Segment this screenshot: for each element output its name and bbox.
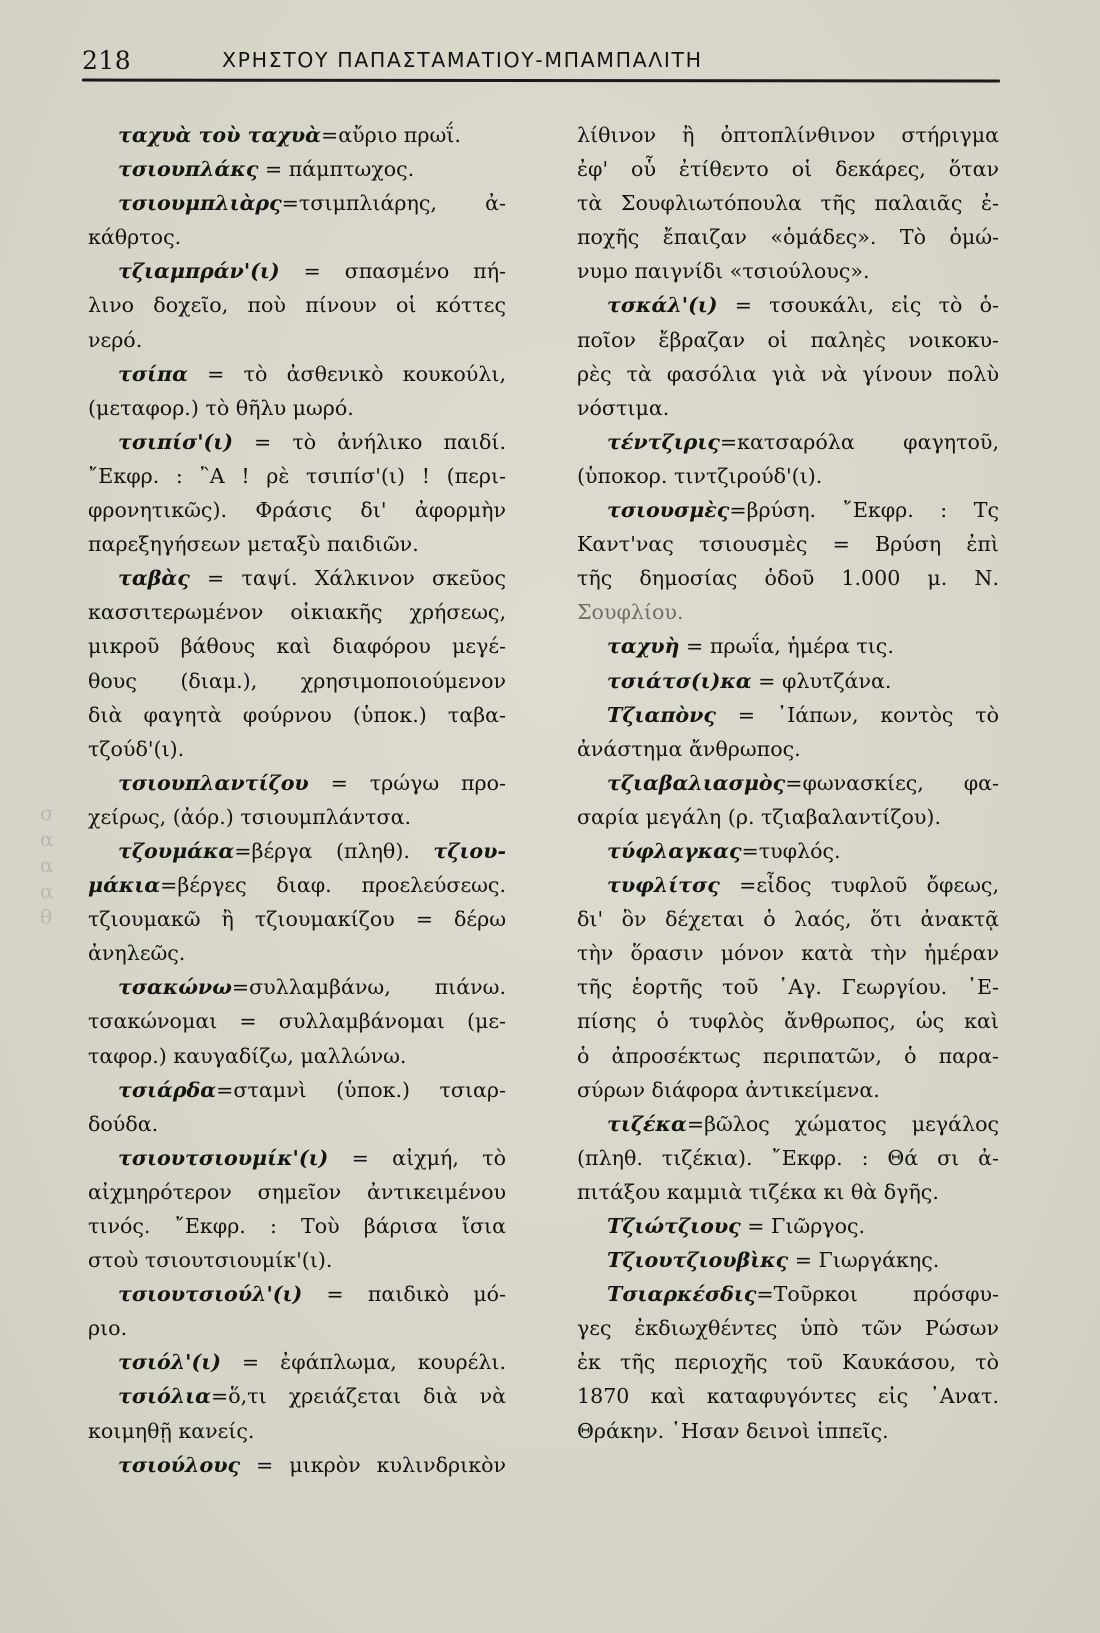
definition-text: = πάμπτωχος. bbox=[258, 157, 414, 181]
definition-text: ταφορ.) καυγαδίζω, μαλλώνω. bbox=[88, 1044, 406, 1068]
text-line: ταφορ.) καυγαδίζω, μαλλώνω. bbox=[88, 1039, 506, 1073]
text-line: πίσης ὁ τυφλὸς ἄνθρωπος, ὡς καὶ bbox=[577, 1004, 999, 1038]
text-line: τὴν ὅρασιν μόνον κατὰ τὴν ἡμέραν bbox=[577, 936, 999, 970]
dictionary-entry-line: τσκάλ'(ι) = τσουκάλι, εἰς τὸ ὁ- bbox=[577, 288, 999, 322]
text-line: παρεξηγήσεων μεταξὺ παιδιῶν. bbox=[88, 527, 506, 561]
headword: τζιου- bbox=[433, 839, 506, 863]
dictionary-entry-line: τύφλαγκας=τυφλός. bbox=[577, 834, 999, 868]
dictionary-entry-line: τσιουτσιουμίκ'(ι) = αἰχμή, τὸ bbox=[88, 1141, 506, 1175]
definition-text: ρὲς τὰ φασόλια γιὰ νὰ γίνουν πολὺ bbox=[577, 362, 999, 386]
definition-text: ἀνάστημα ἄνθρωπος. bbox=[577, 737, 801, 761]
text-line: τὰ Σουφλιωτόπουλα τῆς παλαιᾶς ἐ- bbox=[577, 186, 999, 220]
definition-text: =Τοῦρκοι πρόσφυ- bbox=[756, 1282, 999, 1306]
definition-text: λίθινον ἢ ὀπτοπλίνθινον στήριγμα bbox=[577, 123, 999, 147]
definition-text: 1870 καὶ καταφυγόντες εἰς ᾿Ανατ. bbox=[577, 1384, 999, 1408]
headword: ταχυὰ τοὺ ταχυὰ bbox=[118, 123, 321, 147]
dictionary-entry-line: τσιούλους = μικρὸν κυλινδρικὸν bbox=[88, 1448, 506, 1482]
definition-text: =τσιμπλιάρης, ἀ- bbox=[282, 191, 506, 215]
text-line: νερό. bbox=[88, 323, 506, 357]
definition-text: (μεταφορ.) τὸ θῆλυ μωρό. bbox=[88, 396, 354, 420]
headword: τσιάτσ(ι)κα bbox=[607, 669, 752, 693]
headword: τυφλίτσς bbox=[607, 873, 720, 897]
definition-text: = παιδικὸ μό- bbox=[302, 1282, 506, 1306]
definition-text: = ταψί. Χάλκινον σκεῦος bbox=[190, 566, 506, 590]
text-line: ποῖον ἔβραζαν οἱ παληὲς νοικοκυ- bbox=[577, 323, 999, 357]
headword: Τζιαπὸνς bbox=[607, 703, 716, 727]
definition-text: τζιουμακῶ ἢ τζιουμακίζου = δέρω bbox=[88, 907, 506, 931]
text-line: αἰχμηρότερον σημεῖον ἀντικειμένου bbox=[88, 1175, 506, 1209]
definition-text: νόστιμα. bbox=[577, 396, 669, 420]
dictionary-entry-line: τσιουμπλιὰρς=τσιμπλιάρης, ἀ- bbox=[88, 186, 506, 220]
text-line: ἐφ' οὗ ἐτίθεντο οἱ δεκάρες, ὅταν bbox=[577, 152, 999, 186]
definition-text: =εἶδος τυφλοῦ ὄφεως, bbox=[720, 873, 999, 897]
headword: τσακώνω bbox=[118, 975, 232, 999]
definition-text: τὴν ὅρασιν μόνον κατὰ τὴν ἡμέραν bbox=[577, 941, 999, 965]
definition-text: φρονητικῶς). Φράσις δι' ἀφορμὴν bbox=[88, 498, 506, 522]
text-line: πιτάξου καμμιὰ τιζέκα κι θὰ δγῆς. bbox=[577, 1175, 999, 1209]
definition-text: γες ἐκδιωχθέντες ὑπὸ τῶν Ρώσων bbox=[577, 1316, 999, 1340]
text-line: λινο δοχεῖο, ποὺ πίνουν οἱ κόττες bbox=[88, 288, 506, 322]
definition-text: τσακώνομαι = συλλαμβάνομαι (με- bbox=[88, 1009, 506, 1033]
text-line: τῆς ἑορτῆς τοῦ ῾Αγ. Γεωργίου. ᾿Ε- bbox=[577, 970, 999, 1004]
text-line: θους (διαμ.), χρησιμοποιούμενον bbox=[88, 664, 506, 698]
definition-text: =φωνασκίες, φα- bbox=[785, 771, 999, 795]
headword: τζουμάκα bbox=[118, 839, 234, 863]
headword: Τζιώτζιους bbox=[607, 1214, 741, 1238]
text-line: νυμο παιγνίδι «τσιούλους». bbox=[577, 254, 999, 288]
text-line: Σουφλίου. bbox=[577, 595, 999, 629]
text-line: τινός. ῎Εκφρ. : Τοὺ βάρισα ἴσια bbox=[88, 1209, 506, 1243]
text-line: ριο. bbox=[88, 1311, 506, 1345]
right-column: λίθινον ἢ ὀπτοπλίνθινον στήριγμαἐφ' οὗ ἐ… bbox=[577, 118, 999, 1448]
text-line: γες ἐκδιωχθέντες ὑπὸ τῶν Ρώσων bbox=[577, 1311, 999, 1345]
dictionary-entry-line: ταχυὰ τοὺ ταχυὰ=αὔριο πρωΐ. bbox=[88, 118, 506, 152]
text-line: χείρως, (ἀόρ.) τσιουμπλάντσα. bbox=[88, 800, 506, 834]
text-line: 1870 καὶ καταφυγόντες εἰς ᾿Ανατ. bbox=[577, 1379, 999, 1413]
definition-text: (ὑποκορ. τιντζιρούδ'(ι). bbox=[577, 464, 822, 488]
definition-text: =αὔριο πρωΐ. bbox=[321, 123, 461, 147]
headword: τζιαβαλιασμὸς bbox=[607, 771, 785, 795]
headword: Τσιαρκέσδις bbox=[607, 1282, 756, 1306]
dictionary-entry-line: μάκια=βέργες διαφ. προελεύσεως. bbox=[88, 868, 506, 902]
dictionary-entry-line: Τζιώτζιους = Γιῶργος. bbox=[577, 1209, 999, 1243]
text-line: ποχῆς ἔπαιζαν «ὁμάδες». Τὸ ὁμώ- bbox=[577, 220, 999, 254]
definition-text: ριο. bbox=[88, 1316, 127, 1340]
dictionary-entry-line: ταχυὴ = πρωΐα, ἡμέρα τις. bbox=[577, 629, 999, 663]
dictionary-entry-line: τσιουσμὲς=βρύση. ῎Εκφρ. : Τς bbox=[577, 493, 999, 527]
left-column: ταχυὰ τοὺ ταχυὰ=αὔριο πρωΐ.τσιουπλάκς = … bbox=[88, 118, 506, 1482]
dictionary-entry-line: τσιόλια=ὅ,τι χρειάζεται διὰ νὰ bbox=[88, 1379, 506, 1413]
definition-text: διὰ φαγητὰ φούρνου (ὑποκ.) ταβα- bbox=[88, 703, 506, 727]
running-title: ΧΡΗΣΤΟΥ ΠΑΠΑΣΤΑΜΑΤΙΟΥ-ΜΠΑΜΠΑΛΙΤΗ bbox=[222, 48, 703, 72]
definition-text: = Γιωργάκης. bbox=[788, 1248, 939, 1272]
definition-text: =ὅ,τι χρειάζεται διὰ νὰ bbox=[211, 1384, 506, 1408]
dictionary-entry-line: ταβὰς = ταψί. Χάλκινον σκεῦος bbox=[88, 561, 506, 595]
definition-text: αἰχμηρότερον σημεῖον ἀντικειμένου bbox=[88, 1180, 506, 1204]
definition-text: (πληθ. τιζέκια). ῎Εκφρ. : Θά σι ἀ- bbox=[577, 1146, 999, 1170]
definition-text: = τρώγω προ- bbox=[309, 771, 506, 795]
definition-text: Θράκην. ῾Ησαν δεινοὶ ἱππεῖς. bbox=[577, 1419, 889, 1443]
definition-text: = πρωΐα, ἡμέρα τις. bbox=[680, 634, 894, 658]
definition-text: =σταμνὶ (ὑποκ.) τσιαρ- bbox=[216, 1078, 506, 1102]
dictionary-entry-line: τσιόλ'(ι) = ἐφάπλωμα, κουρέλι. bbox=[88, 1345, 506, 1379]
definition-text: =συλλαμβάνω, πιάνω. bbox=[232, 975, 506, 999]
dictionary-entry-line: τσιπίσ'(ι) = τὸ ἀνήλικο παιδί. bbox=[88, 425, 506, 459]
text-line: κοιμηθῇ κανείς. bbox=[88, 1414, 506, 1448]
definition-text: πίσης ὁ τυφλὸς ἄνθρωπος, ὡς καὶ bbox=[577, 1009, 999, 1033]
definition-text: = ᾿Ιάπων, κοντὸς τὸ bbox=[716, 703, 999, 727]
definition-text: =βέργες διαφ. προελεύσεως. bbox=[160, 873, 506, 897]
text-line: σύρων διάφορα ἀντικείμενα. bbox=[577, 1073, 999, 1107]
definition-text: μικροῦ βάθους καὶ διαφόρου μεγέ- bbox=[88, 634, 506, 658]
definition-text: ὁ ἀπροσέκτως περιπατῶν, ὁ παρα- bbox=[577, 1044, 999, 1068]
headword: τσιόλια bbox=[118, 1384, 211, 1408]
definition-text: ἐφ' οὗ ἐτίθεντο οἱ δεκάρες, ὅταν bbox=[577, 157, 999, 181]
header-rule bbox=[82, 79, 1000, 83]
headword: μάκια bbox=[88, 873, 160, 897]
definition-text: =κατσαρόλα φαγητοῦ, bbox=[720, 430, 999, 454]
dictionary-entry-line: Τζιαπὸνς = ᾿Ιάπων, κοντὸς τὸ bbox=[577, 698, 999, 732]
dictionary-entry-line: τσιάρδα=σταμνὶ (ὑποκ.) τσιαρ- bbox=[88, 1073, 506, 1107]
headword: τσιούλους bbox=[118, 1453, 240, 1477]
dictionary-entry-line: Τσιαρκέσδις=Τοῦρκοι πρόσφυ- bbox=[577, 1277, 999, 1311]
definition-text: τζούδ'(ι). bbox=[88, 737, 184, 761]
definition-text: δι' ὃν δέχεται ὁ λαός, ὅτι ἀνακτᾷ bbox=[577, 907, 999, 931]
text-line: ἐκ τῆς περιοχῆς τοῦ Καυκάσου, τὸ bbox=[577, 1345, 999, 1379]
text-line: Καντ'νας τσιουσμὲς = Βρύση ἐπὶ bbox=[577, 527, 999, 561]
bleed-through-marks: σαααθ bbox=[40, 800, 80, 930]
text-line: δι' ὃν δέχεται ὁ λαός, ὅτι ἀνακτᾷ bbox=[577, 902, 999, 936]
dictionary-entry-line: τιζέκα=βῶλος χώματος μεγάλος bbox=[577, 1107, 999, 1141]
page-header: 218 ΧΡΗΣΤΟΥ ΠΑΠΑΣΤΑΜΑΤΙΟΥ-ΜΠΑΜΠΑΛΙΤΗ bbox=[82, 40, 1002, 80]
headword: τσιουπλάκς bbox=[118, 157, 258, 181]
text-line: ρὲς τὰ φασόλια γιὰ νὰ γίνουν πολὺ bbox=[577, 357, 999, 391]
definition-text: = Γιῶργος. bbox=[741, 1214, 865, 1238]
definition-text: = τὸ ἀσθενικὸ κουκούλι, bbox=[188, 362, 506, 386]
dictionary-entry-line: τσιουτσιούλ'(ι) = παιδικὸ μό- bbox=[88, 1277, 506, 1311]
dictionary-entry-line: τυφλίτσς =εἶδος τυφλοῦ ὄφεως, bbox=[577, 868, 999, 902]
text-line: ἀνάστημα ἄνθρωπος. bbox=[577, 732, 999, 766]
text-line: κασσιτερωμένον οἰκιακῆς χρήσεως, bbox=[88, 595, 506, 629]
definition-text: κοιμηθῇ κανείς. bbox=[88, 1419, 254, 1443]
headword: τσιουπλαντίζου bbox=[118, 771, 309, 795]
headword: τσκάλ'(ι) bbox=[607, 293, 718, 317]
definition-text: στοὺ τσιουτσιουμίκ'(ι). bbox=[88, 1248, 332, 1272]
definition-text: σύρων διάφορα ἀντικείμενα. bbox=[577, 1078, 880, 1102]
text-line: (ὑποκορ. τιντζιρούδ'(ι). bbox=[577, 459, 999, 493]
definition-text: δούδα. bbox=[88, 1112, 158, 1136]
headword: τσιουτσιουμίκ'(ι) bbox=[118, 1146, 328, 1170]
text-line: τῆς δημοσίας ὁδοῦ 1.000 μ. Ν. bbox=[577, 561, 999, 595]
definition-text: =τυφλός. bbox=[741, 839, 840, 863]
dictionary-entry-line: τσιουπλαντίζου = τρώγω προ- bbox=[88, 766, 506, 800]
definition-text: = ἐφάπλωμα, κουρέλι. bbox=[221, 1350, 506, 1374]
definition-text: πιτάξου καμμιὰ τιζέκα κι θὰ δγῆς. bbox=[577, 1180, 939, 1204]
definition-text: τινός. ῎Εκφρ. : Τοὺ βάρισα ἴσια bbox=[88, 1214, 506, 1238]
definition-text: = αἰχμή, τὸ bbox=[328, 1146, 506, 1170]
definition-text: κάθρτος. bbox=[88, 225, 181, 249]
definition-text: Καντ'νας τσιουσμὲς = Βρύση ἐπὶ bbox=[577, 532, 999, 556]
text-line: κάθρτος. bbox=[88, 220, 506, 254]
dictionary-entry-line: τζιαβαλιασμὸς=φωνασκίες, φα- bbox=[577, 766, 999, 800]
text-line: σαρία μεγάλη (ρ. τζιαβαλαντίζου). bbox=[577, 800, 999, 834]
headword: τσιόλ'(ι) bbox=[118, 1350, 221, 1374]
dictionary-entry-line: τσιάτσ(ι)κα = φλυτζάνα. bbox=[577, 664, 999, 698]
text-line: στοὺ τσιουτσιουμίκ'(ι). bbox=[88, 1243, 506, 1277]
definition-text: νερό. bbox=[88, 328, 142, 352]
definition-text: =βῶλος χώματος μεγάλος bbox=[687, 1112, 999, 1136]
dictionary-entry-line: τζουμάκα=βέργα (πληθ). τζιου- bbox=[88, 834, 506, 868]
definition-text: τὰ Σουφλιωτόπουλα τῆς παλαιᾶς ἐ- bbox=[577, 191, 999, 215]
headword: τιζέκα bbox=[607, 1112, 687, 1136]
dictionary-entry-line: τσακώνω=συλλαμβάνω, πιάνω. bbox=[88, 970, 506, 1004]
headword: τσιάρδα bbox=[118, 1078, 216, 1102]
text-line: φρονητικῶς). Φράσις δι' ἀφορμὴν bbox=[88, 493, 506, 527]
definition-text: = τσουκάλι, εἰς τὸ ὁ- bbox=[718, 293, 999, 317]
text-line: τζιουμακῶ ἢ τζιουμακίζου = δέρω bbox=[88, 902, 506, 936]
text-line: λίθινον ἢ ὀπτοπλίνθινον στήριγμα bbox=[577, 118, 999, 152]
text-line: ἀνηλεῶς. bbox=[88, 936, 506, 970]
definition-text: ἐκ τῆς περιοχῆς τοῦ Καυκάσου, τὸ bbox=[577, 1350, 999, 1374]
headword: τύφλαγκας bbox=[607, 839, 741, 863]
page-number: 218 bbox=[82, 46, 131, 75]
headword: τσίπα bbox=[118, 362, 188, 386]
definition-text: κασσιτερωμένον οἰκιακῆς χρήσεως, bbox=[88, 600, 506, 624]
definition-text: ποχῆς ἔπαιζαν «ὁμάδες». Τὸ ὁμώ- bbox=[577, 225, 999, 249]
text-line: ῎Εκφρ. : ῍Α ! ρὲ τσιπίσ'(ι) ! (περι- bbox=[88, 459, 506, 493]
text-line: δούδα. bbox=[88, 1107, 506, 1141]
headword: τζιαμπράν'(ι) bbox=[118, 259, 280, 283]
text-line: τζούδ'(ι). bbox=[88, 732, 506, 766]
definition-text: ἀνηλεῶς. bbox=[88, 941, 185, 965]
definition-text: νυμο παιγνίδι «τσιούλους». bbox=[577, 259, 870, 283]
headword: τσιπίσ'(ι) bbox=[118, 430, 233, 454]
text-line: μικροῦ βάθους καὶ διαφόρου μεγέ- bbox=[88, 629, 506, 663]
dictionary-entry-line: Τζιουτζιουβὶκς = Γιωργάκης. bbox=[577, 1243, 999, 1277]
dictionary-entry-line: τσιουπλάκς = πάμπτωχος. bbox=[88, 152, 506, 186]
definition-text: τῆς δημοσίας ὁδοῦ 1.000 μ. Ν. bbox=[577, 566, 999, 590]
definition-text: τῆς ἑορτῆς τοῦ ῾Αγ. Γεωργίου. ᾿Ε- bbox=[577, 975, 999, 999]
headword: τσιουσμὲς bbox=[607, 498, 729, 522]
dictionary-entry-line: τσίπα = τὸ ἀσθενικὸ κουκούλι, bbox=[88, 357, 506, 391]
headword: τσιουτσιούλ'(ι) bbox=[118, 1282, 302, 1306]
definition-text: = μικρὸν κυλινδρικὸν bbox=[240, 1453, 506, 1477]
headword: τσιουμπλιὰρς bbox=[118, 191, 282, 215]
definition-text: = φλυτζάνα. bbox=[752, 669, 892, 693]
text-line: διὰ φαγητὰ φούρνου (ὑποκ.) ταβα- bbox=[88, 698, 506, 732]
definition-text: λινο δοχεῖο, ποὺ πίνουν οἱ κόττες bbox=[88, 293, 506, 317]
definition-text: θους (διαμ.), χρησιμοποιούμενον bbox=[88, 669, 506, 693]
definition-text: ῎Εκφρ. : ῍Α ! ρὲ τσιπίσ'(ι) ! (περι- bbox=[88, 464, 506, 488]
definition-text: χείρως, (ἀόρ.) τσιουμπλάντσα. bbox=[88, 805, 411, 829]
headword: Τζιουτζιουβὶκς bbox=[607, 1248, 788, 1272]
definition-text: σαρία μεγάλη (ρ. τζιαβαλαντίζου). bbox=[577, 805, 941, 829]
definition-text: =βρύση. ῎Εκφρ. : Τς bbox=[729, 498, 999, 522]
headword: τέντζιρις bbox=[607, 430, 720, 454]
text-line: (πληθ. τιζέκια). ῎Εκφρ. : Θά σι ἀ- bbox=[577, 1141, 999, 1175]
dictionary-entry-line: τέντζιρις=κατσαρόλα φαγητοῦ, bbox=[577, 425, 999, 459]
text-line: Θράκην. ῾Ησαν δεινοὶ ἱππεῖς. bbox=[577, 1414, 999, 1448]
text-line: ὁ ἀπροσέκτως περιπατῶν, ὁ παρα- bbox=[577, 1039, 999, 1073]
headword: ταχυὴ bbox=[607, 634, 680, 658]
definition-text: ποῖον ἔβραζαν οἱ παληὲς νοικοκυ- bbox=[577, 328, 999, 352]
definition-text: παρεξηγήσεων μεταξὺ παιδιῶν. bbox=[88, 532, 419, 556]
definition-text: Σουφλίου. bbox=[577, 600, 684, 624]
text-line: νόστιμα. bbox=[577, 391, 999, 425]
text-line: τσακώνομαι = συλλαμβάνομαι (με- bbox=[88, 1004, 506, 1038]
dictionary-entry-line: τζιαμπράν'(ι) = σπασμένο πή- bbox=[88, 254, 506, 288]
definition-text: = σπασμένο πή- bbox=[280, 259, 506, 283]
definition-text: = τὸ ἀνήλικο παιδί. bbox=[233, 430, 506, 454]
text-line: (μεταφορ.) τὸ θῆλυ μωρό. bbox=[88, 391, 506, 425]
definition-text: =βέργα (πληθ). bbox=[234, 839, 433, 863]
headword: ταβὰς bbox=[118, 566, 190, 590]
